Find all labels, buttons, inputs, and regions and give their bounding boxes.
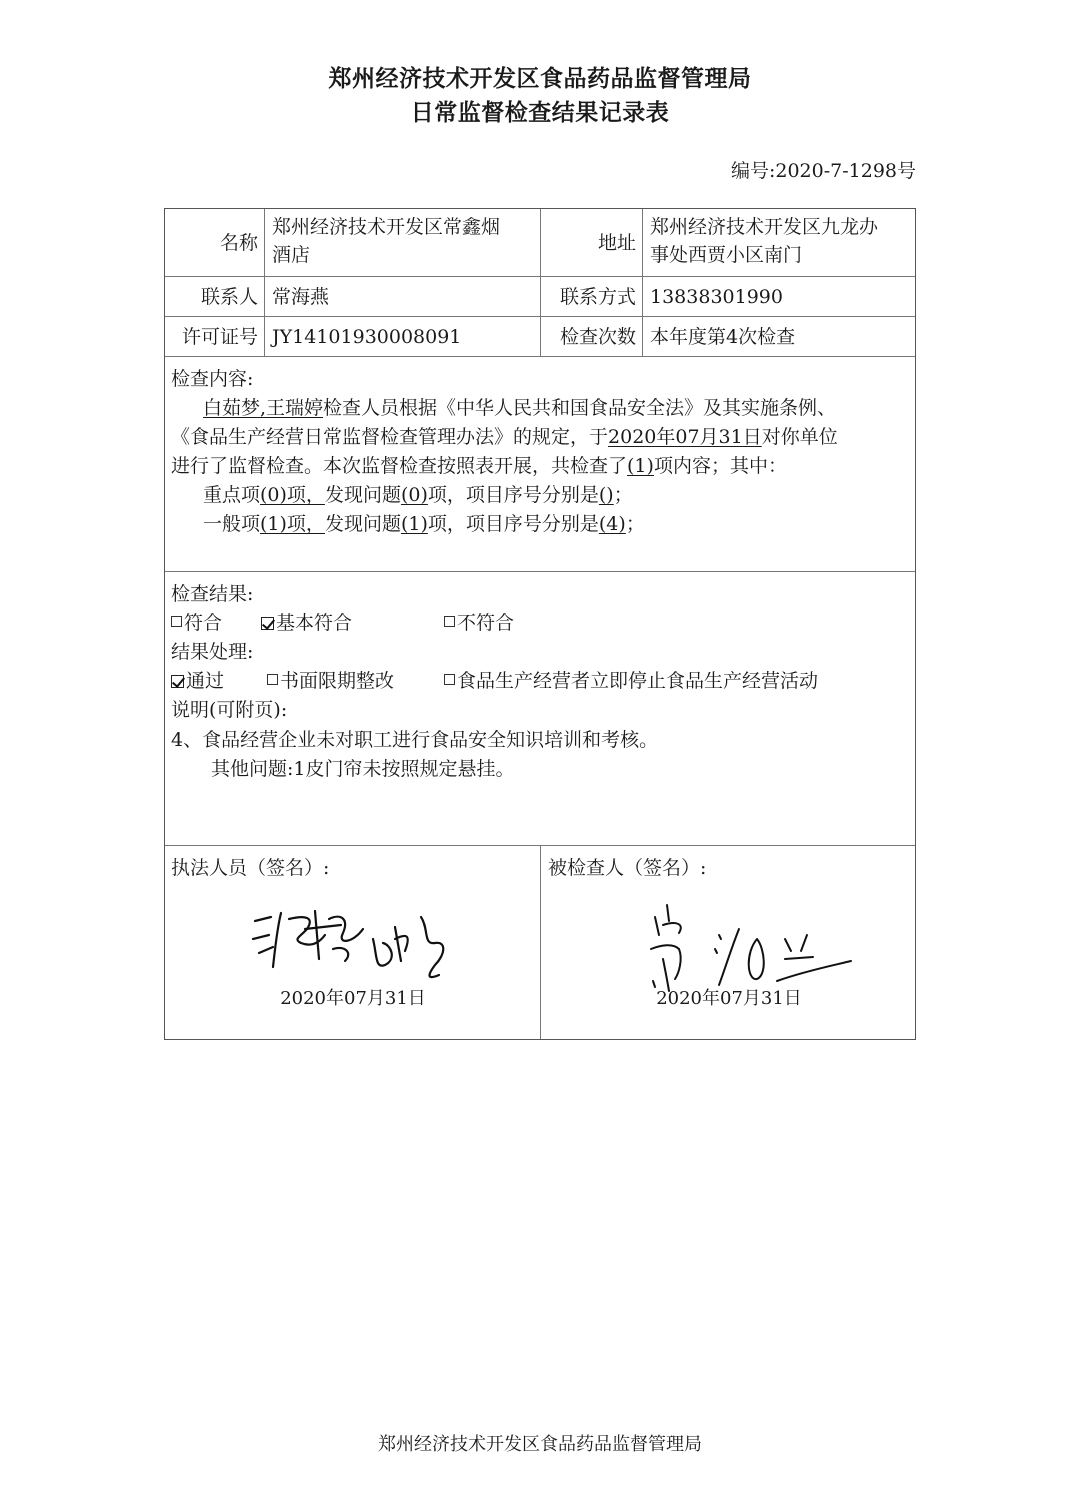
inspectee-signature-label: 被检查人（签名）: xyxy=(548,854,909,883)
handling-options: 通过书面限期整改食品生产经营者立即停止食品生产经营活动 xyxy=(171,667,909,696)
handling-option-stop[interactable]: 食品生产经营者立即停止食品生产经营活动 xyxy=(444,667,818,696)
result-option-comply[interactable]: 符合 xyxy=(171,609,261,638)
key-seq: () xyxy=(599,484,614,506)
document-subtitle: 日常监督检查结果记录表 xyxy=(0,94,1080,127)
col-divider xyxy=(642,209,643,356)
option-label: 符合 xyxy=(184,612,222,634)
address-value-line1: 郑州经济技术开发区九龙办 xyxy=(650,213,914,241)
row-divider xyxy=(165,356,915,357)
content-text: 《食品生产经营日常监督检查管理办法》的规定，于 xyxy=(171,426,608,448)
inspectee-sign-date: 2020年07月31日 xyxy=(541,984,917,1010)
address-value-line2: 事处西贾小区南门 xyxy=(650,241,914,269)
checkbox-unchecked-icon xyxy=(444,616,455,627)
notes-heading: 说明(可附页): xyxy=(171,696,909,725)
name-value-line1: 郑州经济技术开发区常鑫烟 xyxy=(272,213,540,241)
address-label: 地址 xyxy=(542,209,642,276)
inspection-count-value: 本年度第4次检查 xyxy=(644,317,914,356)
inspection-date: 2020年07月31日 xyxy=(608,426,762,448)
footer-agency: 郑州经济技术开发区食品药品监督管理局 xyxy=(0,1430,1080,1456)
content-text: 对你单位 xyxy=(762,426,838,448)
inspection-record-table: 名称 郑州经济技术开发区常鑫烟 酒店 地址 郑州经济技术开发区九龙办 事处西贾小… xyxy=(164,208,916,1040)
general-found-count: (1) xyxy=(401,513,428,535)
document-title: 郑州经济技术开发区食品药品监督管理局 xyxy=(0,60,1080,93)
option-label: 书面限期整改 xyxy=(280,670,394,692)
content-text: 一般项 xyxy=(203,513,260,535)
col-divider xyxy=(264,209,265,356)
content-text: 项，项目序号分别是 xyxy=(428,513,599,535)
content-line3: 进行了监督检查。本次监督检查按照表开展，共检查了(1)项内容；其中： xyxy=(171,452,909,481)
content-line2: 《食品生产经营日常监督检查管理办法》的规定，于2020年07月31日对你单位 xyxy=(171,423,909,452)
content-text: ； xyxy=(626,513,645,535)
note-item-2: 其他问题:1皮门帘未按照规定悬挂。 xyxy=(171,755,909,784)
key-items-line: 重点项(0)项，发现问题(0)项，项目序号分别是()； xyxy=(171,481,909,510)
total-items: (1) xyxy=(627,455,654,477)
general-items-line: 一般项(1)项，发现问题(1)项，项目序号分别是(4)； xyxy=(171,510,909,539)
row-divider xyxy=(165,571,915,572)
handling-option-rectify[interactable]: 书面限期整改 xyxy=(267,667,444,696)
license-label: 许可证号 xyxy=(165,317,264,356)
option-label: 基本符合 xyxy=(276,612,352,634)
document-number: 编号:2020-7-1298号 xyxy=(731,156,916,183)
phone-value: 13838301990 xyxy=(644,277,914,316)
content-text: ； xyxy=(614,484,633,506)
result-option-not-comply[interactable]: 不符合 xyxy=(444,609,514,638)
officer-sign-date: 2020年07月31日 xyxy=(165,984,541,1010)
checkbox-checked-icon xyxy=(261,617,274,630)
name-value-line2: 酒店 xyxy=(272,241,540,269)
general-seq: (4) xyxy=(599,513,626,535)
option-label: 通过 xyxy=(186,670,224,692)
checkbox-unchecked-icon xyxy=(444,674,455,685)
inspection-count-label: 检查次数 xyxy=(542,317,642,356)
content-text: 发现问题 xyxy=(325,484,401,506)
content-text: 进行了监督检查。本次监督检查按照表开展，共检查了 xyxy=(171,455,627,477)
handling-heading: 结果处理: xyxy=(171,638,909,667)
result-heading: 检查结果: xyxy=(171,580,909,609)
address-value: 郑州经济技术开发区九龙办 事处西贾小区南门 xyxy=(644,213,914,269)
handling-option-pass[interactable]: 通过 xyxy=(171,667,267,696)
general-item-count: (1)项， xyxy=(260,513,325,535)
option-label: 不符合 xyxy=(457,612,514,634)
result-option-basic-comply[interactable]: 基本符合 xyxy=(261,609,444,638)
content-line1: 白茹梦,王瑞婷检查人员根据《中华人民共和国食品安全法》及其实施条例、 xyxy=(171,394,909,423)
phone-label: 联系方式 xyxy=(542,277,642,316)
key-item-count: (0)项， xyxy=(260,484,325,506)
officer-signature-image xyxy=(245,899,475,989)
col-divider xyxy=(540,209,541,356)
content-text: 项，项目序号分别是 xyxy=(428,484,599,506)
result-options: 符合基本符合不符合 xyxy=(171,609,909,638)
content-text: 项内容；其中： xyxy=(654,455,787,477)
license-value: JY14101930008091 xyxy=(266,317,540,356)
option-label: 食品生产经营者立即停止食品生产经营活动 xyxy=(457,670,818,692)
content-text: 检查人员根据《中华人民共和国食品安全法》及其实施条例、 xyxy=(323,397,836,419)
name-value: 郑州经济技术开发区常鑫烟 酒店 xyxy=(266,213,540,269)
checkbox-unchecked-icon xyxy=(171,616,182,627)
checkbox-checked-icon xyxy=(171,675,184,688)
note-item-1: 4、食品经营企业未对职工进行食品安全知识培训和考核。 xyxy=(171,726,909,755)
content-heading: 检查内容: xyxy=(171,365,909,394)
name-label: 名称 xyxy=(165,209,264,276)
checkbox-unchecked-icon xyxy=(267,674,278,685)
key-found-count: (0) xyxy=(401,484,428,506)
contact-label: 联系人 xyxy=(165,277,264,316)
content-text: 重点项 xyxy=(203,484,260,506)
contact-value: 常海燕 xyxy=(266,277,540,316)
content-text: 发现问题 xyxy=(325,513,401,535)
inspector-names: 白茹梦,王瑞婷 xyxy=(203,397,323,419)
